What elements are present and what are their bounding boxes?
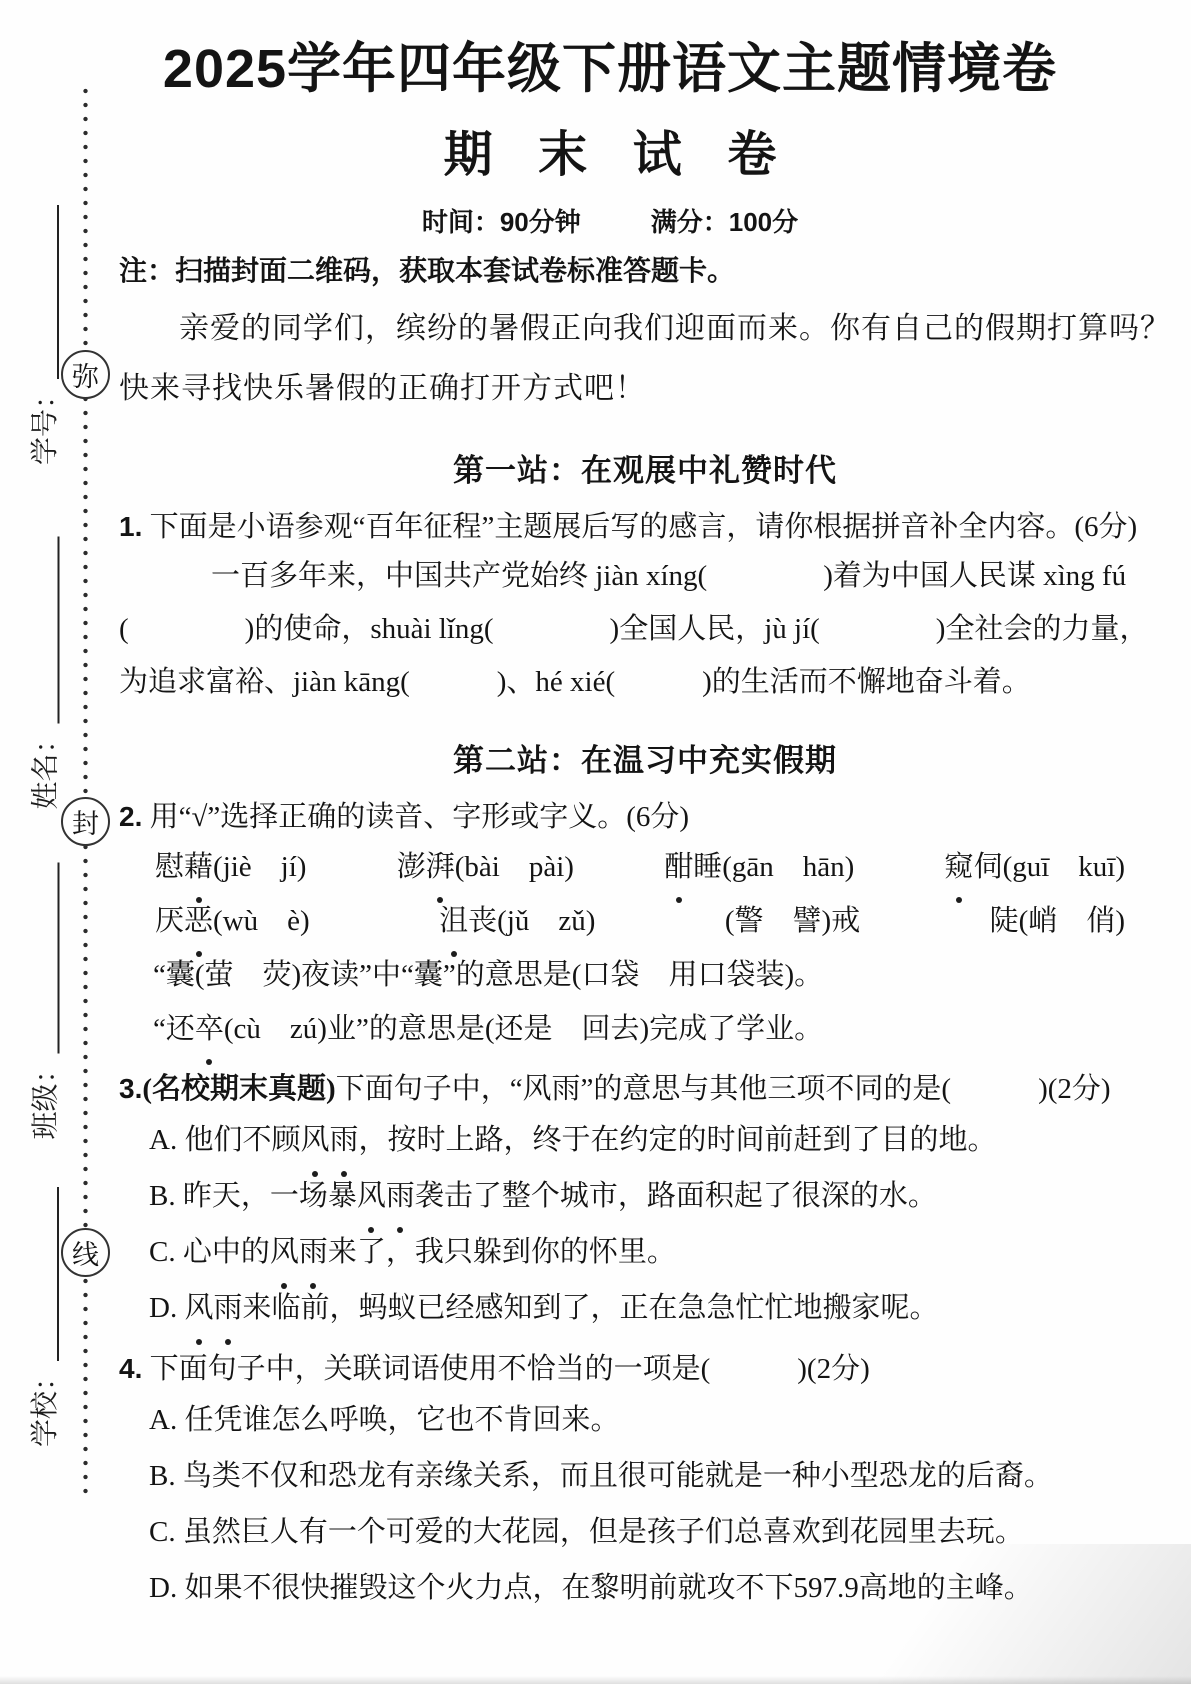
exam-paper-page: 学号： 姓名： 班级： 学校： 弥 封 线 2025学年四年级下册语文主题情境卷…: [0, 0, 1191, 1684]
school-label: 学校：: [26, 1363, 66, 1447]
question2-text: 用“√”选择正确的读音、字形或字义。(6分): [150, 801, 689, 833]
question2-stem: 2. 用“√”选择正确的读音、字形或字义。(6分): [119, 794, 1171, 840]
question2-line3: “囊(萤 荧)夜读”中“囊”的意思是(口袋 用口袋装)。: [119, 948, 1171, 1002]
student-id-field: 学号：: [22, 205, 66, 465]
photo-shadow-bottom: [0, 1676, 1191, 1684]
class-blank: [58, 863, 60, 1054]
question4-option-d: D. 如果不很快摧毁这个火力点，在黎明前就攻不下597.9高地的主峰。: [119, 1560, 1171, 1616]
full-score: 满分：100分: [651, 202, 798, 239]
seal-char-xian-text: 线: [72, 1233, 99, 1272]
word-item: (警 譬)戒: [725, 894, 860, 948]
question3-stem: 3.(名校期末真题)下面句子中，“风雨”的意思与其他三项不同的是( )(2分): [119, 1066, 1171, 1112]
seal-char-feng-text: 封: [72, 802, 99, 841]
question3-option-b: B. 昨天，一场暴风雨袭击了整个城市，路面积起了很深的水。: [119, 1168, 1171, 1224]
question4-option-a: A. 任凭谁怎么呼唤，它也不肯回来。: [119, 1392, 1171, 1448]
question4-option-c: C. 虽然巨人有一个可爱的大花园，但是孩子们总喜欢到花园里去玩。: [119, 1504, 1171, 1560]
question3-number: 3.: [119, 1073, 142, 1104]
student-id-blank: [57, 205, 59, 379]
question4-stem: 4. 下面句子中，关联词语使用不恰当的一项是( )(2分): [119, 1346, 1171, 1392]
student-name-field: 姓名：: [23, 537, 67, 810]
school-field: 学校：: [22, 1187, 66, 1447]
seal-char-feng: 封: [61, 797, 110, 846]
paper-subtitle: 期 末 试 卷: [119, 116, 1171, 186]
question2-word-row1: 慰藉(jiè jí) 澎湃(bài pài) 酣睡(gān hān) 窥伺(gu…: [119, 840, 1171, 894]
student-name-label: 姓名：: [27, 725, 67, 809]
word-item: 陡(峭 俏): [990, 894, 1125, 948]
question2-word-row2: 厌恶(wù è) 沮丧(jǔ zǔ) (警 譬)戒 陡(峭 俏): [119, 894, 1171, 948]
question1-line3: 为追求富裕、jiàn kāng( )、hé xié( )的生活而不懈地奋斗着。: [119, 656, 1171, 709]
question3-option-c: C. 心中的风雨来了，我只躲到你的怀里。: [119, 1224, 1171, 1280]
question3-tag: (名校期末真题): [142, 1073, 335, 1105]
time-limit: 时间：90分钟: [422, 202, 581, 239]
word-item: 窥伺(guī kuī): [945, 840, 1125, 894]
question2-line4: “还卒(cù zú)业”的意思是(还是 回去)完成了学业。: [119, 1002, 1171, 1056]
word-item: 沮丧(jǔ zǔ): [439, 894, 595, 948]
question4-number: 4.: [119, 1353, 142, 1384]
class-field: 班级：: [23, 863, 67, 1140]
student-id-label: 学号：: [26, 381, 66, 465]
paper-meta: 时间：90分钟 满分：100分: [119, 202, 1171, 239]
station2-heading: 第二站：在温习中充实假期: [119, 735, 1171, 780]
question1-line2: ( )的使命，shuài lǐng( )全国人民，jù jí( )全社会的力量，: [119, 603, 1171, 656]
question4-option-b: B. 鸟类不仅和恐龙有亲缘关系，而且很可能就是一种小型恐龙的后裔。: [119, 1448, 1171, 1504]
word-item: 澎湃(bài pài): [397, 840, 574, 894]
question4-text: 下面句子中，关联词语使用不恰当的一项是( )(2分): [150, 1353, 870, 1385]
intro-paragraph: 亲爱的同学们，缤纷的暑假正向我们迎面而来。你有自己的假期打算吗？快来寻找快乐暑假…: [119, 299, 1171, 419]
paper-title: 2025学年四年级下册语文主题情境卷: [119, 38, 1171, 100]
question3-text: 下面句子中，“风雨”的意思与其他三项不同的是( )(2分): [336, 1073, 1111, 1105]
question1-line1: 一百多年来，中国共产党始终 jiàn xíng( )着为中国人民谋 xìng f…: [119, 550, 1171, 603]
question2-number: 2.: [119, 801, 142, 832]
question3-option-d: D. 风雨来临前，蚂蚁已经感知到了，正在急急忙忙地搬家呢。: [119, 1280, 1171, 1336]
question1-stem: 1. 下面是小语参观“百年征程”主题展后写的感言，请你根据拼音补全内容。(6分): [119, 504, 1171, 550]
seal-char-mi: 弥: [61, 350, 110, 399]
class-label: 班级：: [27, 1055, 67, 1139]
question1-text: 下面是小语参观“百年征程”主题展后写的感言，请你根据拼音补全内容。(6分): [150, 511, 1138, 543]
school-blank: [57, 1187, 59, 1361]
paper-content: 2025学年四年级下册语文主题情境卷 期 末 试 卷 时间：90分钟 满分：10…: [119, 38, 1171, 1616]
word-item: 慰藉(jiè jí): [155, 840, 306, 894]
scan-note: 注：扫描封面二维码，获取本套试卷标准答题卡。: [119, 249, 1171, 289]
student-name-blank: [58, 537, 60, 724]
station1-heading: 第一站：在观展中礼赞时代: [119, 445, 1171, 490]
question1-number: 1.: [119, 511, 142, 542]
seal-char-mi-text: 弥: [72, 355, 99, 394]
word-item: 酣睡(gān hān): [664, 840, 854, 894]
seal-char-xian: 线: [61, 1228, 110, 1277]
seal-dotted-line: [83, 88, 88, 1500]
word-item: 厌恶(wù è): [155, 894, 310, 948]
question3-option-a: A. 他们不顾风雨，按时上路，终于在约定的时间前赶到了目的地。: [119, 1112, 1171, 1168]
